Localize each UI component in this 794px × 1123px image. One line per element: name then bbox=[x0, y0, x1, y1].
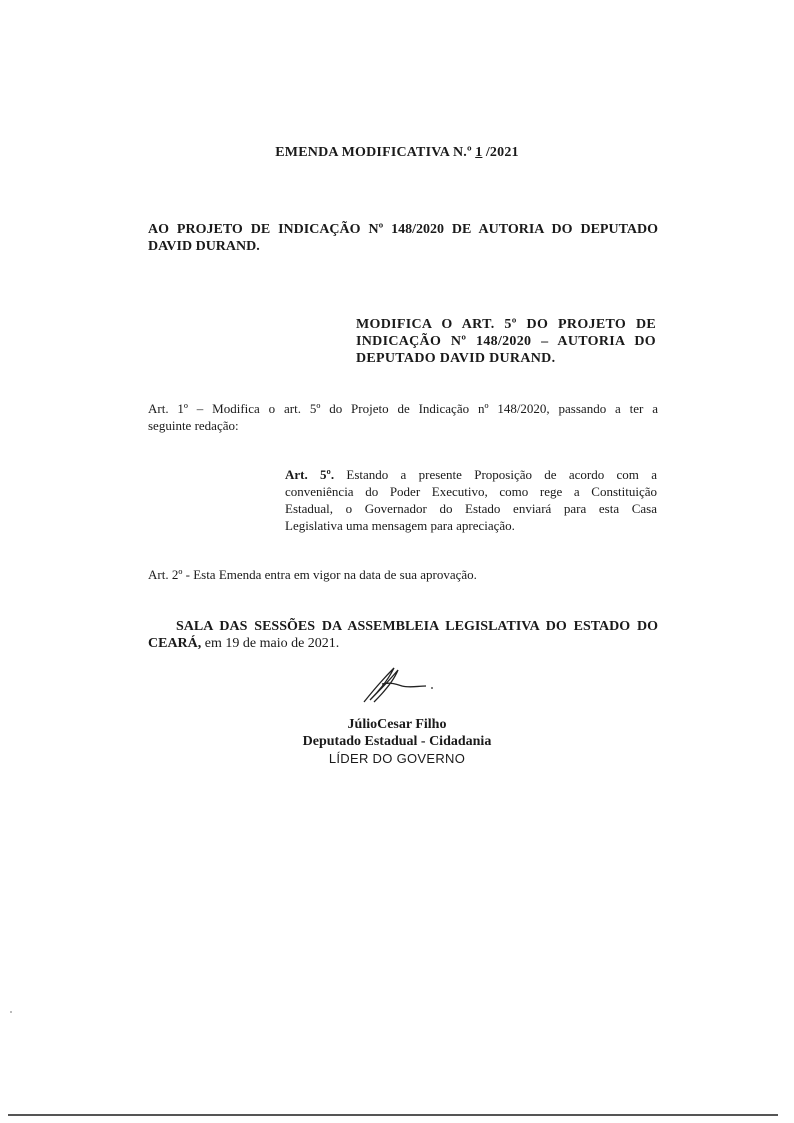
scan-speck bbox=[10, 1011, 12, 1013]
article-5-line: Estadual, o Governador do Estado enviará… bbox=[285, 500, 657, 517]
session-line-2: CEARÁ, em 19 de maio de 2021. bbox=[148, 636, 339, 651]
article-5-quote: Art. 5º. Estando a presente Proposição d… bbox=[285, 466, 657, 534]
signer-role: Deputado Estadual - Cidadania bbox=[0, 733, 794, 750]
article-5-line: conveniência do Poder Executivo, como re… bbox=[285, 483, 657, 500]
session-line-1: SALA DAS SESSÕES DA ASSEMBLEIA LEGISLATI… bbox=[148, 618, 658, 635]
ementa-line: INDICAÇÃO Nº 148/2020 – AUTORIA DO bbox=[356, 333, 656, 350]
article-1: Art. 1º – Modifica o art. 5º do Projeto … bbox=[148, 400, 658, 434]
signer-name: JúlioCesar Filho bbox=[0, 716, 794, 733]
footer-divider bbox=[8, 1114, 778, 1116]
signature-icon bbox=[360, 662, 440, 707]
article-2: Art. 2º - Esta Emenda entra em vigor na … bbox=[148, 566, 477, 583]
signer-block: JúlioCesar Filho Deputado Estadual - Cid… bbox=[0, 716, 794, 767]
session-place-date: SALA DAS SESSÕES DA ASSEMBLEIA LEGISLATI… bbox=[148, 618, 658, 652]
article-1-line: seguinte redação: bbox=[148, 417, 658, 434]
document-heading: AO PROJETO DE INDICAÇÃO Nº 148/2020 DE A… bbox=[148, 221, 658, 255]
ementa-line: DEPUTADO DAVID DURAND. bbox=[356, 350, 656, 367]
document-title: EMENDA MODIFICATIVA N.º1/2021 bbox=[0, 145, 794, 161]
article-5-label: Art. 5º. bbox=[285, 467, 334, 482]
signer-post: LÍDER DO GOVERNO bbox=[0, 750, 794, 767]
ementa: MODIFICA O ART. 5º DO PROJETO DE INDICAÇ… bbox=[356, 316, 656, 367]
amendment-number: 1 bbox=[472, 145, 486, 161]
ementa-line: MODIFICA O ART. 5º DO PROJETO DE bbox=[356, 316, 656, 333]
title-prefix: EMENDA MODIFICATIVA N.º bbox=[275, 145, 472, 160]
article-5-line: Legislativa uma mensagem para apreciação… bbox=[285, 517, 657, 534]
title-suffix: /2021 bbox=[486, 145, 519, 160]
article-5-line: Art. 5º. Estando a presente Proposição d… bbox=[285, 466, 657, 483]
article-1-line: Art. 1º – Modifica o art. 5º do Projeto … bbox=[148, 400, 658, 417]
